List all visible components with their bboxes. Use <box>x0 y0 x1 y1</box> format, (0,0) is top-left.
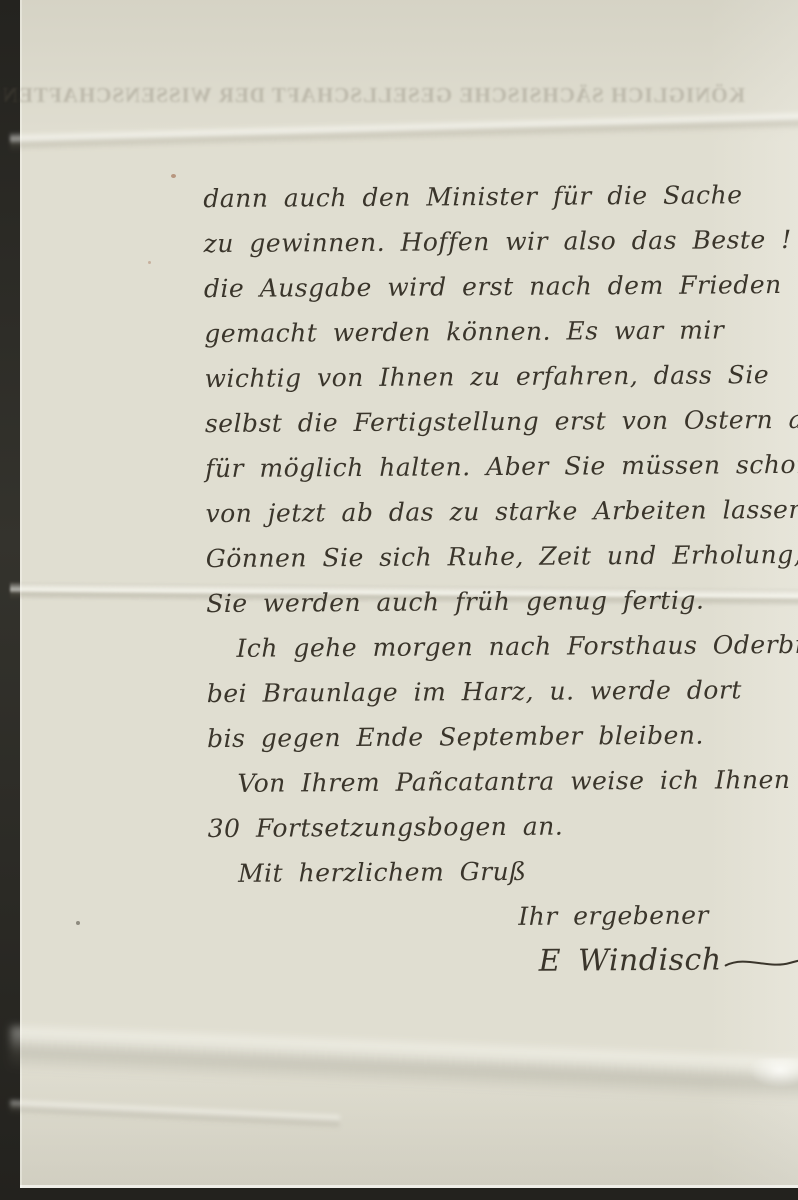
fold-crease-bottom <box>9 1026 798 1105</box>
handwriting-line: dann auch den Minister für die Sache <box>203 172 795 221</box>
handwriting-line: bei Braunlage im Harz, u. werde dort <box>207 667 798 716</box>
handwriting-line: selbst die Fertigstellung erst von Oster… <box>205 397 797 446</box>
letterhead-bleedthrough-text: KÖNIGLICH SÄCHSISCHE GESELLSCHAFT DER WI… <box>105 83 745 108</box>
scan-background: KÖNIGLICH SÄCHSISCHE GESELLSCHAFT DER WI… <box>0 0 798 1200</box>
paper-speck <box>148 261 151 264</box>
handwriting-line: die Ausgabe wird erst nach dem Frieden <box>204 262 796 311</box>
handwriting-line: wichtig von Ihnen zu erfahren, dass Sie <box>204 352 796 401</box>
closing-line: Mit herzlichem Gruß <box>208 847 798 896</box>
signature: E Windisch <box>539 942 722 978</box>
handwriting-line: bis gegen Ende September bleiben. <box>207 712 798 761</box>
fold-crease-bottom-left <box>10 1100 340 1129</box>
handwriting-line: Ich gehe morgen nach Forsthaus Oderbrück <box>206 622 798 671</box>
signature-flourish <box>724 951 798 972</box>
handwriting-line: Von Ihrem Pañcatantra weise ich Ihnen <box>207 757 798 806</box>
handwriting-line: zu gewinnen. Hoffen wir also das Beste ! <box>203 217 795 266</box>
handwriting-line: Gönnen Sie sich Ruhe, Zeit und Erholung, <box>206 532 798 581</box>
handwriting-line: von jetzt ab das zu starke Arbeiten lass… <box>205 487 797 536</box>
valediction-line: Ihr ergebener <box>208 892 798 941</box>
handwriting-line: 30 Fortsetzungsbogen an. <box>208 802 798 851</box>
letter-page: KÖNIGLICH SÄCHSISCHE GESELLSCHAFT DER WI… <box>20 0 798 1188</box>
handwriting-line: Sie werden auch früh genug fertig. <box>206 577 798 626</box>
paper-speck <box>76 921 80 925</box>
paper-speck <box>171 174 176 178</box>
signature-row: E Windisch <box>208 937 798 993</box>
fold-crease-top <box>10 109 798 152</box>
handwriting-line: gemacht werden können. Es war mir <box>204 307 796 356</box>
letter-body: dann auch den Minister für die Sache zu … <box>203 172 798 993</box>
handwriting-line: für möglich halten. Aber Sie müssen scho… <box>205 442 797 491</box>
paper-dimple <box>748 1058 798 1088</box>
